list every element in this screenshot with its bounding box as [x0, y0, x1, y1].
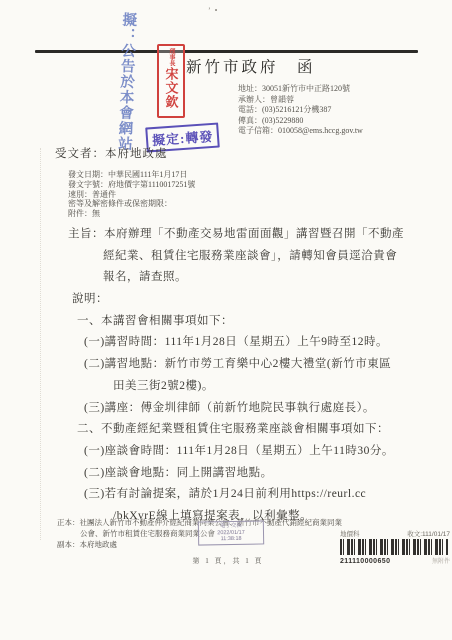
document-meta-block: 發文日期：中華民國111年1月17日 發文字號：府地價字第1110017251號…: [68, 170, 195, 219]
description-item-1: 一、本講習會相關事項如下：: [0, 311, 452, 333]
reference-number: 發文字號：府地價字第1110017251號: [68, 180, 195, 190]
subject-line-1: 主旨：本府辦理「不動產交易地雷面面觀」講習暨召開「不動產: [0, 224, 452, 246]
chairman-red-stamp: 理事長 宋文欽: [157, 44, 185, 118]
security-classification: 密等及解密條件或保密期限：: [68, 199, 195, 209]
issue-date: 發文日期：中華民國111年1月17日: [68, 170, 195, 180]
subject-line-2: 經紀業、租賃住宅服務業座談會」，請轉知會員逕洽貴會: [0, 246, 452, 268]
scanned-official-letter: ’• 擬：公告於本會網站 理事長 宋文欽 擬定:轉發 新竹市政府 函 地址：30…: [0, 0, 452, 640]
barcode-number: 211110000650: [340, 558, 390, 565]
document-title: 新竹市政府 函: [186, 55, 316, 77]
exchange-stamp-time: 11:38:18: [199, 535, 263, 543]
delivery-speed: 速別：普通件: [68, 190, 195, 200]
description-item-1-3: (三)講座：傅金圳律師（前新竹地院民事執行處庭長）。: [0, 398, 452, 420]
scan-smudge-marks: ’•: [208, 6, 221, 15]
description-item-1-1: (一)講習時間：111年1月28日（星期五）上午9時至12時。: [0, 332, 452, 354]
chairman-stamp-name: 宋文欽: [162, 67, 181, 109]
attachment-note-meta: 附件：無: [68, 209, 195, 219]
recipient-line: 受文者：本府地政處: [55, 145, 168, 161]
header-divider-rule: [35, 50, 418, 53]
received-date: 收文:111/01/17: [407, 529, 450, 538]
page-number: 第 1 頁，共 1 頁: [178, 556, 278, 566]
description-item-2: 二、不動產經紀業暨租賃住宅服務業座談會相關事項如下：: [0, 419, 452, 441]
description-heading: 說明：: [0, 289, 452, 311]
handwritten-margin-note: 擬：公告於本會網站: [113, 12, 139, 161]
barcode: [340, 539, 448, 555]
description-item-2-3: (三)若有討論提案，請於1月24日前利用https://reurl.cc: [0, 484, 452, 506]
subject-line-3: 報名，請查照。: [0, 267, 452, 289]
sender-contact-person: 承辦人：曾韻蓉: [238, 95, 363, 106]
sender-fax: 傳真：(03)5229880: [238, 116, 363, 127]
electronic-exchange-stamp: 電子交換 2022/01/17 11:38:18: [198, 520, 264, 545]
sender-contact-block: 地址：30051新竹市中正路120號 承辦人：曾韻蓉 電話：(03)521612…: [238, 84, 363, 137]
chairman-stamp-title: 理事長: [168, 48, 174, 66]
description-item-2-2: (二)座談會地點：同上開講習地點。: [0, 463, 452, 485]
attachment-note-stamp: 無附件: [432, 556, 450, 565]
letter-body: 主旨：本府辦理「不動產交易地雷面面觀」講習暨召開「不動產 經紀業、租賃住宅服務業…: [0, 224, 452, 528]
description-item-1-2-cont: 田美三街2號2樓)。: [0, 376, 452, 398]
sender-address: 地址：30051新竹市中正路120號: [238, 84, 363, 95]
sender-email: 電子信箱：010058@ems.hccg.gov.tw: [238, 126, 363, 137]
receiving-section: 地價科: [340, 529, 360, 538]
description-item-1-2: (二)講習地點：新竹市勞工育樂中心2樓大禮堂(新竹市東區: [0, 354, 452, 376]
description-item-2-1: (一)座談會時間：111年1月28日（星期五）上午11時30分。: [0, 441, 452, 463]
sender-phone: 電話：(03)5216121分機387: [238, 105, 363, 116]
received-barcode-block: 地價科 收文:111/01/17 211110000650 無附件: [340, 529, 450, 565]
